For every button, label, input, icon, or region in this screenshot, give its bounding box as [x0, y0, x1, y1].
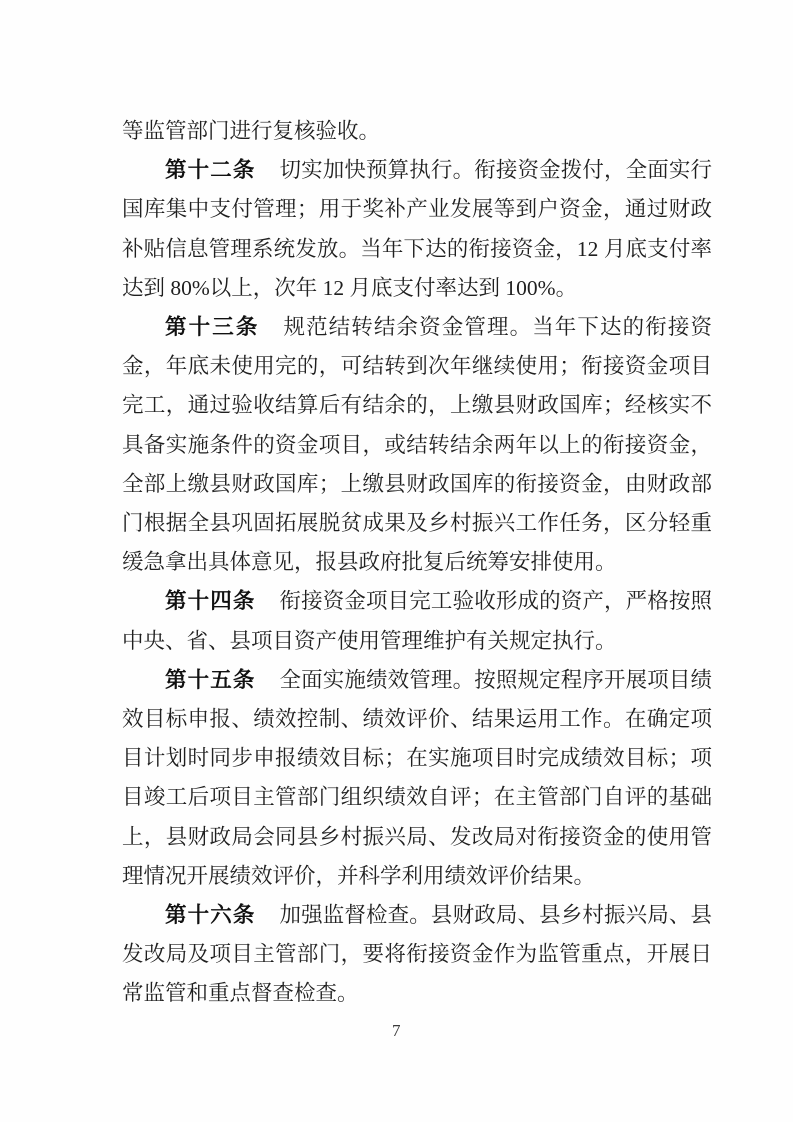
paragraph-continuation: 等监管部门进行复核验收。 — [122, 112, 712, 151]
paragraph-article-16: 第十六条加强监督检查。县财政局、县乡村振兴局、县发改局及项目主管部门，要将衔接资… — [122, 896, 712, 1014]
paragraph-article-12: 第十二条切实加快预算执行。衔接资金拨付，全面实行国库集中支付管理；用于奖补产业发… — [122, 151, 712, 308]
paragraph-article-14: 第十四条衔接资金项目完工验收形成的资产，严格按照中央、省、县项目资产使用管理维护… — [122, 582, 712, 660]
document-page: 等监管部门进行复核验收。 第十二条切实加快预算执行。衔接资金拨付，全面实行国库集… — [0, 0, 793, 1122]
article-13-heading: 第十三条 — [165, 315, 259, 339]
article-15-text: 全面实施绩效管理。按照规定程序开展项目绩效目标申报、绩效控制、绩效评价、结果运用… — [122, 668, 712, 888]
paragraph-article-15: 第十五条全面实施绩效管理。按照规定程序开展项目绩效目标申报、绩效控制、绩效评价、… — [122, 661, 712, 896]
paragraph-article-13: 第十三条规范结转结余资金管理。当年下达的衔接资金，年底未使用完的，可结转到次年继… — [122, 308, 712, 582]
article-12-heading: 第十二条 — [165, 158, 256, 182]
article-16-heading: 第十六条 — [165, 903, 256, 927]
article-14-heading: 第十四条 — [165, 589, 256, 613]
article-13-text: 规范结转结余资金管理。当年下达的衔接资金，年底未使用完的，可结转到次年继续使用；… — [122, 315, 712, 574]
article-15-heading: 第十五条 — [165, 668, 256, 692]
paragraph-text: 等监管部门进行复核验收。 — [122, 119, 380, 143]
page-number: 7 — [0, 1021, 793, 1041]
document-body: 等监管部门进行复核验收。 第十二条切实加快预算执行。衔接资金拨付，全面实行国库集… — [122, 112, 712, 1014]
